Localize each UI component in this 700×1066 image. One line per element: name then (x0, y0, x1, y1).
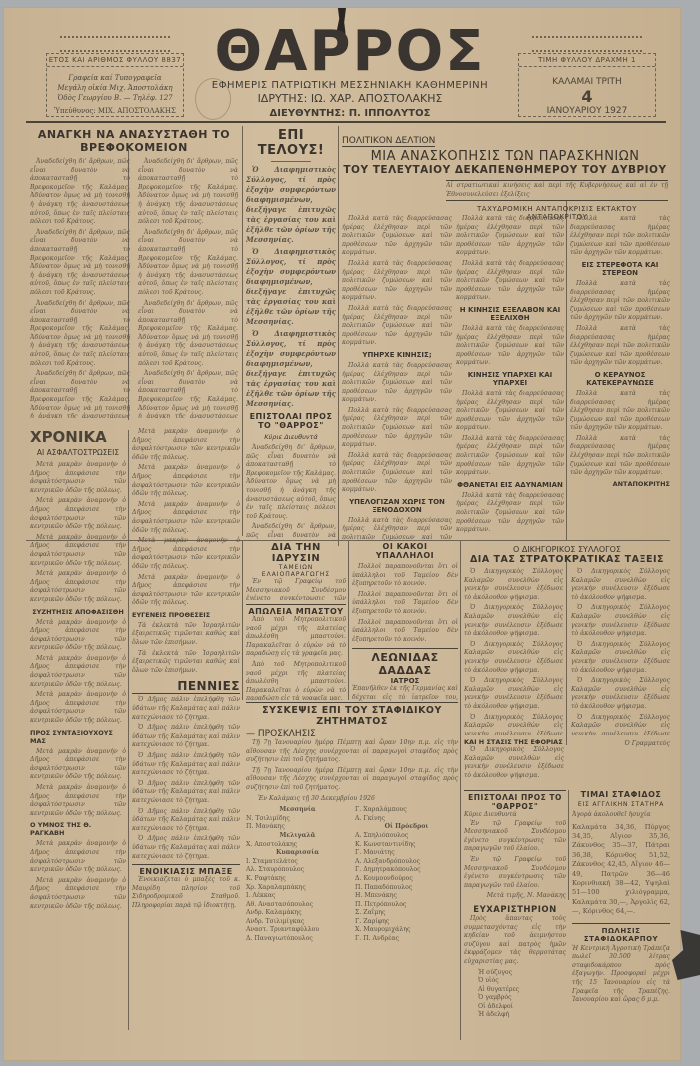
group-label: Μελιγαλᾶ (246, 832, 349, 841)
article-body: Ἐνοικιάζεται ὁ μπαξὲς τοῦ κ. Μαυρίδη πλη… (132, 876, 240, 910)
subhead: ΣΥΖΗΤΗΣΙΣ ΑΠΟΦΑΣΙΣΘΗ (30, 608, 126, 616)
signer: Α. Αλεξανδρόπουλος (355, 858, 458, 867)
column-divider (338, 126, 339, 546)
headline: ΧΡΟΝΙΚΑ (30, 428, 126, 446)
subhead: ΦΘΑΝΕΤΑΙ ΕΙΣ ΑΔΥΝΑΜΙΑΝ (456, 481, 564, 489)
signature: ΑΝΤΑΠΟΚΡΙΤΗΣ (570, 480, 670, 488)
political-column-1: Πολλὰ κατὰ τὰς διαρρεύσασας ἡμέρας ἐλέχθ… (342, 215, 452, 540)
signer: Αἱ θυγατέρες (478, 986, 566, 995)
political-column-2: Πολλὰ κατὰ τὰς διαρρεύσασας ἡμέρας ἐλέχθ… (456, 215, 564, 540)
article-apodosis: ΑΠΩΛΕΙΑ ΜΠΑΣΤΟΥ Ἀπὸ τοῦ Μητροπολιτικοῦ ν… (246, 604, 346, 700)
office-line: Ὁδὸς Γεωργίου Β. — Τηλέφ. 127 (51, 93, 179, 103)
salutation: Κύριε Διευθυντά (464, 811, 566, 820)
signer: Ν. Τσιλιμίδης (246, 815, 349, 824)
political-summary: Αἱ στρατιωτικαὶ κινήσεις καὶ περὶ τῆς Κυ… (446, 180, 668, 220)
kicker: Ἀγορὰ ἀκολουθεῖ ἡσυχία (572, 811, 670, 820)
article-body: Ἀναδεδείχθη δι' ἄρθρων, πῶς εἶναι δυνατὸ… (30, 158, 238, 418)
signer: Π. Παπαδόπουλος (355, 884, 458, 893)
column-divider (348, 540, 349, 700)
signer: Α. Σπηλιόπουλος (355, 832, 458, 841)
subhead: ΤΑΜΕΙΩΝ ΕΛΑΙΟΠΑΡΑΓΩΓΗΣ (246, 564, 346, 578)
article-body: Πολλὰ κατὰ τὰς διαρρεύσασας ἡμέρας ἐλέχθ… (570, 280, 670, 368)
signer: Η. Μπενάκης (355, 892, 458, 901)
subhead: — ΠΡΟΣΚΛΗΣΙΣ (246, 729, 458, 739)
article-body: Πολλὰ κατὰ τὰς διαρρεύσασας ἡμέρας ἐλέχθ… (456, 325, 564, 368)
bar-signature: Ὁ Γραμματεὺς (570, 740, 670, 788)
signer: Γ. Ζαρίφης (355, 918, 458, 927)
article-orphanage: ΑΝΑΓΚΗ ΝΑ ΑΝΑΣΥΣΤΑΘΗ ΤΟ ΒΡΕΦΟΚΟΜΕΙΟΝ Ἀνα… (30, 128, 238, 418)
signer: Σ. Ζαΐμης (355, 909, 458, 918)
article-body: Ὁ Διαφημιστικὸς Σύλλογος, τί πρὸς ἐξοχὴν… (246, 165, 336, 408)
headline: ΔΙΑ ΤΑΣ ΣΤΡΑΤΟΚΡΑΤΙΚΑΣ ΤΑΞΕΙΣ (464, 554, 670, 565)
column-divider (568, 790, 569, 900)
headline: ΕΠΙΣΤΟΛΑΙ ΠΡΟΣ ΤΟ "ΘΑΡΡΟΣ" (246, 412, 336, 430)
signers: Μεσσηνία Ν. Τσιλιμίδης Π. Μανάκης Μελιγα… (246, 806, 458, 944)
signer: Αθ. Αναστασόπουλος (246, 901, 349, 910)
article-body: Ὁ Δικηγορικὸς Σύλλογος Καλαμῶν συνελθὼν … (464, 568, 670, 735)
article-body: Μετὰ μακρὰν ἀναμονὴν ὁ Δῆμος ἀπεφάσισε τ… (30, 619, 126, 726)
article-bad-clerks: ΟΙ ΚΑΚΟΙ ΥΠΑΛΛΗΛΟΙ Πολλοὶ παραπονοῦνται … (352, 542, 458, 642)
founder-line: ΙΔΡΥΤΗΣ: ΙΩ. ΧΑΡ. ΑΠΟΣΤΟΛΑΚΗΣ (190, 92, 510, 105)
price-caption: ΤΙΜΗ ΦΥΛΛΟΥ ΔΡΑΧΜΗ 1 (519, 54, 655, 67)
signer: Αλ. Σταυρόπουλος (246, 866, 349, 875)
article-body: Πολλὰ κατὰ τὰς διαρρεύσασας ἡμέρας ἐλέχθ… (342, 517, 452, 540)
article-at-last: ΕΠΙ ΤΕΛΟΥΣ! Ὁ Διαφημιστικὸς Σύλλογος, τί… (246, 128, 336, 408)
headline: ΕΝΟΙΚΙΑΣΙΣ ΜΠΑΞΕ (132, 864, 240, 876)
signer: Ὁ γαμβρός (478, 994, 566, 1003)
doctor-title: ΙΑΤΡΟΣ (352, 677, 458, 685)
article-body: Πολλὰ κατὰ τὰς διαρρεύσασας ἡμέρας ἐλέχθ… (570, 390, 670, 478)
price-list: Καλαμάτα 34,36, Πύργος 34,35, Αἴγιον 35,… (572, 823, 670, 917)
doctor-name: ΛΕΩΝΙΔΑΣ ΔΑΔΔΑΣ (352, 648, 458, 677)
article-body: Τῇ 7ῃ Ἰανουαρίου ἡμέρᾳ Πέμπτῃ καὶ ὥραν 1… (246, 739, 458, 793)
column-divider (242, 540, 243, 700)
subtitle-line: ΕΦΗΜΕΡΙΣ ΠΑΤΡΙΩΤΙΚΗ ΜΕΣΣΗΝΙΑΚΗ ΚΑΘΗΜΕΡΙΝ… (190, 80, 510, 91)
signer: Χ. Μαυρομιχάλης (355, 926, 458, 935)
column-divider (460, 540, 461, 1040)
signer: Δ. Κουμουνδούρος (355, 875, 458, 884)
column-2-lower: Μετὰ μακρὰν ἀναμονὴν ὁ Δῆμος ἀπεφάσισε τ… (132, 428, 240, 1028)
signer: Χρ. Χαραλαμπάκης (246, 884, 349, 893)
kicker: ΠΟΛΙΤΙΚΟΝ ΔΕΛΤΙΟΝ (342, 136, 435, 147)
signers-left: Μεσσηνία Ν. Τσιλιμίδης Π. Μανάκης Μελιγα… (246, 806, 349, 944)
responsible-line: Ὑπεύθυνος: ΜΙΧ. ΑΠΟΣΤΟΛΑΚΗΣ (51, 106, 179, 116)
headline: ΤΙΜΑΙ ΣΤΑΦΙΔΟΣ (572, 790, 670, 799)
signer: Ι. Λέκκας (246, 892, 349, 901)
column-divider (242, 126, 243, 536)
ad-body: Ἐπανῆλθεν ἐκ τῆς Γερμανίας καὶ δέχεται ε… (352, 685, 458, 702)
subhead: ΕΙΣ ΣΤΕΡΕΦΟΤΑ ΚΑΙ ΣΤΕΡΕΟΝ (570, 261, 670, 277)
subhead: ΕΙΣ ΑΓΓΛΙΚΗΝ ΣΤΑΤΗΡΑ (572, 801, 670, 808)
article-letters-2: ΕΠΙΣΤΟΛΑΙ ΠΡΟΣ ΤΟ "ΘΑΡΡΟΣ" Κύριε Διευθυν… (464, 790, 566, 1040)
article-body: Μετὰ μακρὰν ἀναμονὴν ὁ Δῆμος ἀπεφάσισε τ… (30, 840, 126, 911)
article-raisin-meeting: ΣΥΣΚΕΨΙΣ ΕΠΙ ΤΟΥ ΣΤΑΦΙΔΙΚΟΥ ΖΗΤΗΜΑΤΟΣ — … (246, 702, 458, 1042)
article-body: Πολλὰ κατὰ τὰς διαρρεύσασας ἡμέρας ἐλέχθ… (342, 215, 452, 348)
group-label: Μεσσηνία (246, 806, 349, 815)
subhead: ΠΡΟΣ ΣΥΝΤΑΞΙΟΥΧΟΥΣ ΜΑΣ (30, 729, 126, 745)
headline: ΜΙΑ ΑΝΑΣΚΟΠΗΣΙΣ ΤΩΝ ΠΑΡΑΣΚΗΝΙΩΝ (342, 149, 668, 164)
headline: ΕΥΧΑΡΙΣΤΗΡΙΟΝ (464, 905, 566, 915)
subhead: ΚΑΙ Η ΣΤΑΣΙΣ ΤΗΣ ΕΦΟΡΙΑΣ (464, 738, 564, 746)
article-body: Πολλοὶ παραπονοῦνται ὅτι οἱ ὑπάλληλοι το… (352, 563, 458, 642)
headline: ΑΠΩΛΕΙΑ ΜΠΑΣΤΟΥ (246, 604, 346, 616)
article-body: Ὁ Δῆμος πάλιν ἐπελήφθη τῶν ὑδάτων τῆς Κα… (132, 696, 240, 861)
article-body: Ἐν τῷ Γραφείῳ τοῦ Μεσσηνιακοῦ Συνδέσμου … (246, 578, 346, 600)
column-divider (128, 430, 129, 1030)
signer: Ἡ ἀδελφή (478, 1011, 566, 1020)
subhead: Ο ΚΕΡΑΥΝΟΣ ΚΑΤΕΚΕΡΑΥΝΩΣΕ (570, 371, 670, 387)
subhead: ΥΠΗΡΧΕ ΚΙΝΗΣΙΣ; (342, 351, 452, 359)
deck: ΤΟΥ ΤΕΛΕΥΤΑΙΟΥ ΔΕΚΑΠΕΝΘΗΜΕΡΟΥ ΤΟΥ ΔΥΒΡΙΟ… (342, 164, 668, 176)
article-body: Πολλὰ κατὰ τὰς διαρρεύσασας ἡμέρας ἐλέχθ… (456, 492, 564, 535)
article-body: Ἀπὸ τοῦ Μητροπολιτικοῦ ναοῦ μέχρι τῆς πλ… (246, 616, 346, 700)
headline: ΣΥΣΚΕΨΙΣ ΕΠΙ ΤΟΥ ΣΤΑΦΙΔΙΚΟΥ ΖΗΤΗΜΑΤΟΣ (246, 702, 458, 727)
signer: Α. Γκίνης (355, 815, 458, 824)
article-foundation: ΔΙΑ ΤΗΝ ΙΔΡΥΣΙΝ ΤΑΜΕΙΩΝ ΕΛΑΙΟΠΑΡΑΓΩΓΗΣ Ἐ… (246, 542, 346, 600)
signer: Ἡ σύζυγος (478, 969, 566, 978)
masthead-left-box: ΕΤΟΣ ΚΑΙ ΑΡΙΘΜΟΣ ΦΥΛΛΟΥ 8837 Γραφεία καί… (46, 53, 184, 117)
article-body: Μετὰ μακρὰν ἀναμονὴν ὁ Δῆμος ἀπεφάσισε τ… (30, 461, 126, 605)
article-body: Ἡ Κεντρικὴ Ἀγροτικὴ Τράπεζα πωλεῖ 30.500… (572, 945, 670, 1005)
subhead: ΕΥΓΕΝΕΙΣ ΠΡΟΘΕΣΕΙΣ (132, 611, 240, 619)
headline: ΠΕΝΝΙΕΣ (132, 679, 240, 694)
subhead: ΚΙΝΗΣΙΣ ΥΠΑΡΧΕΙ ΚΑΙ ΥΠΑΡΧΕΙ (456, 371, 564, 387)
headline: ΕΠΙΣΤΟΛΑΙ ΠΡΟΣ ΤΟ "ΘΑΡΡΟΣ" (464, 790, 566, 811)
headline: ΑΝΑΓΚΗ ΝΑ ΑΝΑΣΥΣΤΑΘΗ ΤΟ ΒΡΕΦΟΚΟΜΕΙΟΝ (30, 128, 238, 154)
kicker: Ο ΔΙΚΗΓΟΡΙΚΟΣ ΣΥΛΛΟΓΟΣ (464, 545, 670, 554)
signer: Κ. Ραφτάκης (246, 875, 349, 884)
divider (271, 161, 311, 162)
signer: Π. Μανάκης (246, 823, 349, 832)
signer: Ι. Σταματελάτος (246, 858, 349, 867)
headline: ΔΙΑ ΤΗΝ ΙΔΡΥΣΙΝ (246, 542, 346, 564)
article-body: Πρὸς ἅπαντας τοὺς συμμετασχόντας εἰς τὴν… (464, 915, 566, 967)
subhead: Η ΚΙΝΗΣΙΣ ΕΞΕΛΑΒΟΝ ΚΑΙ ΕΞΕΛΙΧΘΗ (456, 306, 564, 322)
newspaper-title: ΘΑΡΡΟΣ (210, 22, 490, 82)
office-line: Γραφεία καί Τυπογραφεῖα (51, 73, 179, 83)
masthead-right-box: ΤΙΜΗ ΦΥΛΛΟΥ ΔΡΑΧΜΗ 1 ΚΑΛΑΜΑΙ ΤΡΙΤΗ 4 ΙΑΝ… (518, 53, 656, 117)
headline: ΟΙ ΚΑΚΟΙ ΥΠΑΛΛΗΛΟΙ (352, 542, 458, 560)
ornament (532, 36, 642, 52)
column-divider (566, 200, 567, 540)
article-body: Ἀναδεδείχθη δι' ἄρθρων, πῶς εἶναι δυνατὸ… (246, 444, 336, 540)
signer: Γ. Χαραλάμπους (355, 806, 458, 815)
signer: Χ. Αποστολάκης (246, 841, 349, 850)
headline: ΕΠΙ ΤΕΛΟΥΣ! (246, 128, 336, 158)
letter-sign: Μετὰ τιμῆς, Ν. Μανάκης (464, 892, 566, 901)
signer: Γ. Μανιάτης (355, 849, 458, 858)
thanks-signers: Ἡ σύζυγος Ὁ υἱός Αἱ θυγατέρες Ὁ γαμβρός … (464, 969, 566, 1021)
issue-caption: ΕΤΟΣ ΚΑΙ ΑΡΙΘΜΟΣ ΦΥΛΛΟΥ 8837 (47, 54, 183, 67)
salutation: Κύριε Διευθυντά (246, 433, 336, 441)
signer: Κ. Κωνσταντινίδης (355, 841, 458, 850)
subhead-text: ΠΡΟΣΚΛΗΣΙΣ (258, 729, 316, 739)
date-month-year: ΙΑΝΟΥΑΡΙΟΥ 1927 (519, 106, 655, 116)
article-body: Ὁ Δικηγορικὸς Σύλλογος Καλαμῶν συνελθὼν … (464, 746, 564, 780)
date-day: 4 (519, 87, 655, 106)
signature: Ὁ Γραμματεὺς (570, 740, 670, 749)
date-line: Ἐν Καλάμαις τῇ 30 Δεκεμβρίου 1926 (246, 795, 458, 804)
article-body: Μετὰ μακρὰν ἀναμονὴν ὁ Δῆμος ἀπεφάσισε τ… (132, 428, 240, 608)
group-label: Οἱ Πρόεδροι (355, 823, 458, 832)
article-body: Τὰ ἐκλεκτὰ τῶν Ἰσραηλιτῶν ἐξαιρετικῶς τι… (132, 622, 240, 676)
office-line: Μεγάλη οἰκία Μιχ. Ἀποστολάκη (51, 83, 179, 93)
article-body: Πολλὰ κατὰ τὰς διαρρεύσασας ἡμέρας ἐλέχθ… (342, 362, 452, 495)
political-column-3: Πολλὰ κατὰ τὰς διαρρεύσασας ἡμέρας ἐλέχθ… (570, 215, 670, 540)
signer: Π. Πετρόπουλος (355, 901, 458, 910)
article-body: Πολλὰ κατὰ τὰς διαρρεύσασας ἡμέρας ἐλέχθ… (456, 215, 564, 303)
director-line: ΔΙΕΥΘΥΝΤΗΣ: Π. ΙΠΠΟΛΥΤΟΣ (190, 108, 510, 119)
article-letters: ΕΠΙΣΤΟΛΑΙ ΠΡΟΣ ΤΟ "ΘΑΡΡΟΣ" Κύριε Διευθυν… (246, 412, 336, 540)
article-chronicles: ΧΡΟΝΙΚΑ ΑΙ ΑΣΦΑΛΤΟΣΤΡΩΣΕΙΣ Μετὰ μακρὰν ἀ… (30, 428, 126, 1028)
signer: Ανδρ. Καλαμάκης (246, 909, 349, 918)
signer: Γ. Π. Ανδρέας (355, 935, 458, 944)
doctor-advertisement: ΛΕΩΝΙΔΑΣ ΔΑΔΔΑΣ ΙΑΤΡΟΣ Ἐπανῆλθεν ἐκ τῆς … (352, 648, 458, 702)
signer: Γ. Δημητρακόπουλος (355, 866, 458, 875)
signer: Ανδρ. Τσιλιμίγκας (246, 918, 349, 927)
headline: ΠΩΛΗΣΙΣ ΣΤΑΦΙΔΟΚΑΡΠΟΥ (572, 923, 670, 943)
place-day: ΚΑΛΑΜΑΙ ΤΡΙΤΗ (519, 77, 655, 87)
signers-right: Γ. Χαραλάμπους Α. Γκίνης Οἱ Πρόεδροι Α. … (355, 806, 458, 944)
masthead-rule (26, 121, 666, 123)
article-raisin-prices: ΤΙΜΑΙ ΣΤΑΦΙΔΟΣ ΕΙΣ ΑΓΓΛΙΚΗΝ ΣΤΑΤΗΡΑ Ἀγορ… (572, 790, 670, 1040)
ornament (60, 36, 170, 52)
signer: Δ. Παναγιωτόπουλος (246, 935, 349, 944)
subhead: Ο ΥΜΝΟΣ ΤΗΣ Θ. ΡΑΓΚΑΒΗ (30, 821, 126, 837)
article-bar-association: Ο ΔΙΚΗΓΟΡΙΚΟΣ ΣΥΛΛΟΓΟΣ ΔΙΑ ΤΑΣ ΣΤΡΑΤΟΚΡΑ… (464, 545, 670, 735)
article-body: Πολλὰ κατὰ τὰς διαρρεύσασας ἡμέρας ἐλέχθ… (456, 390, 564, 478)
signer: Οἱ ἀδελφοί (478, 1003, 566, 1012)
masthead-subtitle: ΕΦΗΜΕΡΙΣ ΠΑΤΡΙΩΤΙΚΗ ΜΕΣΣΗΝΙΑΚΗ ΚΑΘΗΜΕΡΙΝ… (190, 80, 510, 119)
summary: Αἱ στρατιωτικαὶ κινήσεις καὶ περὶ τῆς Κυ… (446, 180, 668, 201)
article-body: Μετὰ μακρὰν ἀναμονὴν ὁ Δῆμος ἀπεφάσισε τ… (30, 748, 126, 819)
subhead: ΥΠΕΛΟΓΙΖΑΝ ΧΩΡΙΣ ΤΟΝ ΞΕΝΟΔΟΧΟΝ (342, 498, 452, 514)
signer: Αναστ. Τριανταφύλλου (246, 926, 349, 935)
article-body: Πολλὰ κατὰ τὰς διαρρεύσασας ἡμέρας ἐλέχθ… (570, 215, 670, 258)
article-body: Ἐν τῷ Γραφείῳ τοῦ Μεσσηνιακοῦ Συνδέσμου … (464, 820, 566, 891)
group-label: Κυπαρισσία (246, 849, 349, 858)
signer: Ὁ υἱός (478, 977, 566, 986)
subhead: ΑΙ ΑΣΦΑΛΤΟΣΤΡΩΣΕΙΣ (30, 448, 126, 457)
article-tax-office: ΚΑΙ Η ΣΤΑΣΙΣ ΤΗΣ ΕΦΟΡΙΑΣ Ὁ Δικηγορικὸς Σ… (464, 738, 564, 788)
